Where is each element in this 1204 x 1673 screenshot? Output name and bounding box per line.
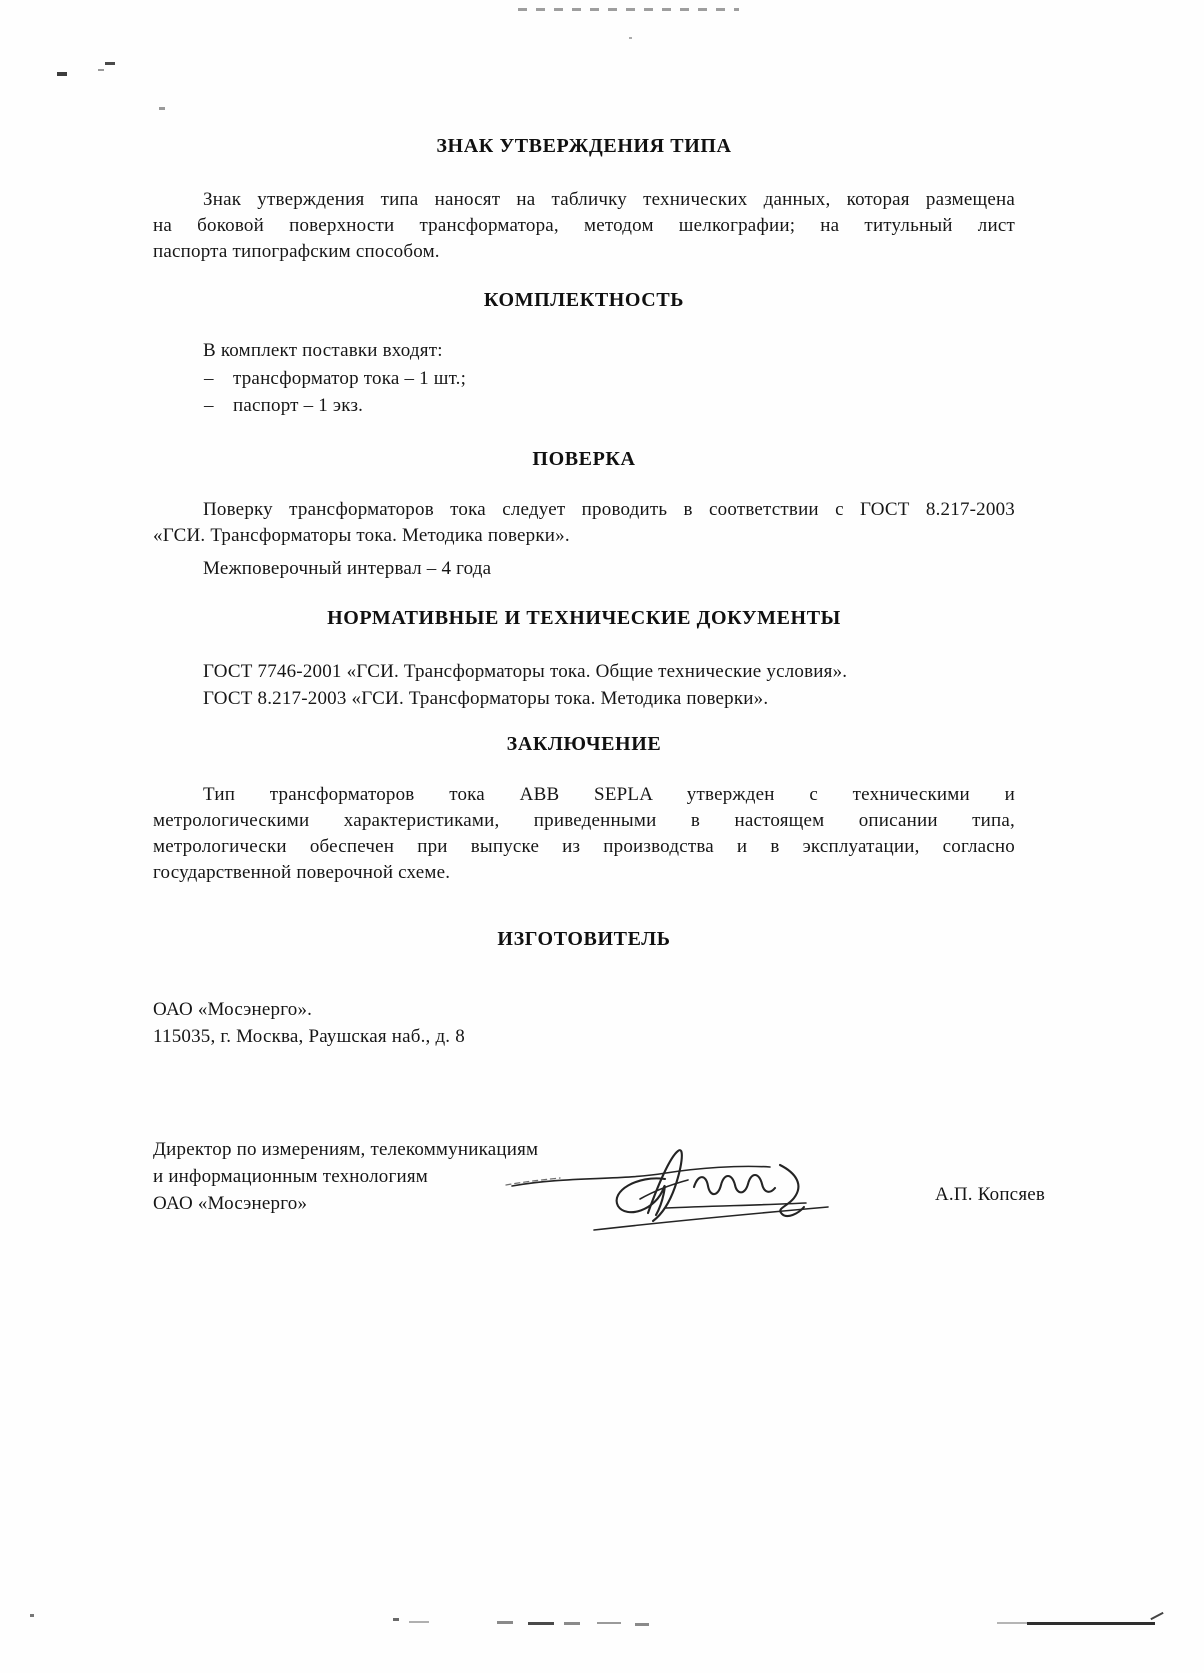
paragraph-line: паспорта типографским способом. bbox=[153, 239, 1015, 265]
list-dash: – bbox=[204, 393, 233, 419]
scan-artifact bbox=[997, 1622, 1027, 1624]
paragraph-conclusion: Тип трансформаторов тока ABB SEPLA утвер… bbox=[153, 782, 1015, 886]
scan-artifact bbox=[1027, 1622, 1155, 1625]
scan-artifact bbox=[98, 69, 104, 71]
section-heading-verification: ПОВЕРКА bbox=[153, 446, 1015, 472]
handwritten-signature bbox=[498, 1143, 843, 1243]
verification-interval: Межповерочный интервал – 4 года bbox=[153, 556, 1015, 582]
section-heading-completeness: КОМПЛЕКТНОСТЬ bbox=[153, 287, 1015, 313]
scanned-document-page: ЗНАК УТВЕРЖДЕНИЯ ТИПА Знак утверждения т… bbox=[0, 0, 1204, 1673]
manufacturer-address: 115035, г. Москва, Раушская наб., д. 8 bbox=[153, 1023, 1015, 1050]
scan-artifact bbox=[30, 1614, 34, 1617]
scan-artifact bbox=[497, 1621, 513, 1624]
scan-artifact bbox=[518, 8, 739, 11]
scan-artifact bbox=[159, 107, 165, 110]
manufacturer-name: ОАО «Мосэнерго». bbox=[153, 996, 1015, 1023]
paragraph-verification: Поверку трансформаторов тока следует про… bbox=[153, 497, 1015, 549]
paragraph-line: метрологически обеспечен при выпуске из … bbox=[153, 834, 1015, 860]
section-heading-conclusion: ЗАКЛЮЧЕНИЕ bbox=[153, 731, 1015, 757]
scan-artifact bbox=[635, 1623, 649, 1626]
section-heading-normative-docs: НОРМАТИВНЫЕ И ТЕХНИЧЕСКИЕ ДОКУМЕНТЫ bbox=[153, 605, 1015, 631]
paragraph-line: Тип трансформаторов тока ABB SEPLA утвер… bbox=[153, 782, 1015, 808]
paragraph-line: государственной поверочной схеме. bbox=[153, 860, 1015, 886]
list-item-text: паспорт – 1 экз. bbox=[233, 393, 1015, 419]
scan-artifact bbox=[409, 1621, 429, 1623]
scan-artifact bbox=[105, 62, 115, 65]
paragraph-line: Знак утверждения типа наносят на табличк… bbox=[153, 187, 1015, 213]
paragraph-line: на боковой поверхности трансформатора, м… bbox=[153, 213, 1015, 239]
paragraph-type-approval-mark: Знак утверждения типа наносят на табличк… bbox=[153, 187, 1015, 265]
kit-intro: В комплект поставки входят: bbox=[153, 338, 1015, 364]
signatory-name: А.П. Копсяев bbox=[935, 1184, 1045, 1206]
paragraph-line: метрологическими характеристиками, приве… bbox=[153, 808, 1015, 834]
list-dash: – bbox=[204, 366, 233, 392]
paragraph-line: Поверку трансформаторов тока следует про… bbox=[153, 497, 1015, 523]
manufacturer-details: ОАО «Мосэнерго». 115035, г. Москва, Рауш… bbox=[153, 996, 1015, 1050]
gost-reference: ГОСТ 8.217-2003 «ГСИ. Трансформаторы ток… bbox=[153, 685, 1015, 712]
gost-reference: ГОСТ 7746-2001 «ГСИ. Трансформаторы тока… bbox=[153, 658, 1015, 685]
scan-artifact bbox=[564, 1622, 580, 1625]
list-item-text: трансформатор тока – 1 шт.; bbox=[233, 366, 1015, 392]
kit-list-item: – трансформатор тока – 1 шт.; bbox=[153, 366, 1015, 392]
scan-artifact bbox=[1150, 1612, 1163, 1620]
scan-artifact bbox=[528, 1622, 554, 1625]
scan-artifact bbox=[597, 1622, 621, 1624]
section-heading-type-approval-mark: ЗНАК УТВЕРЖДЕНИЯ ТИПА bbox=[153, 133, 1015, 159]
signature-strokes bbox=[498, 1143, 843, 1243]
normative-docs-list: ГОСТ 7746-2001 «ГСИ. Трансформаторы тока… bbox=[153, 658, 1015, 712]
scan-artifact bbox=[57, 72, 67, 76]
section-heading-manufacturer: ИЗГОТОВИТЕЛЬ bbox=[153, 926, 1015, 952]
scan-artifact bbox=[629, 37, 632, 39]
scan-artifact bbox=[393, 1618, 399, 1621]
paragraph-line: «ГСИ. Трансформаторы тока. Методика пове… bbox=[153, 523, 1015, 549]
kit-list-item: – паспорт – 1 экз. bbox=[153, 393, 1015, 419]
